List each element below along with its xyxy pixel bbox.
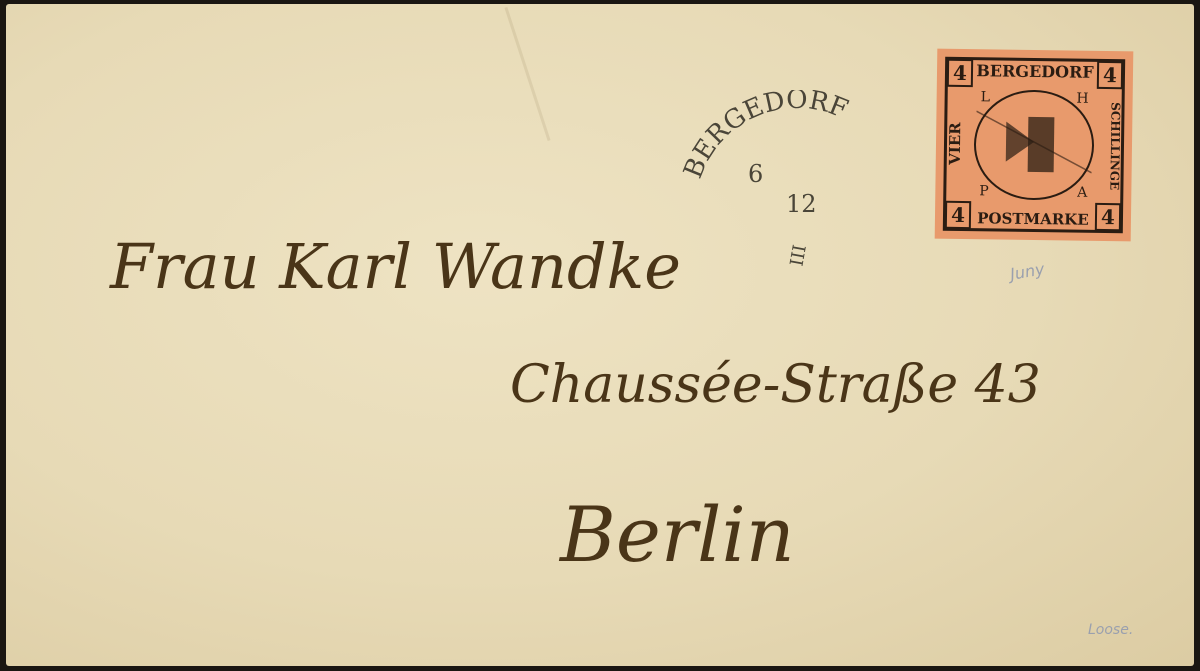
crease	[504, 7, 550, 141]
stamp-corner-value: 4	[1097, 61, 1123, 89]
stamp-letter: P	[979, 183, 989, 199]
pencil-note: Loose.	[1088, 622, 1133, 638]
stamp-letter: A	[1077, 185, 1087, 201]
postmark-town: BERGEDORF	[680, 90, 852, 183]
postmark-month: 12	[786, 190, 817, 218]
bergedorf-stamp: 4 4 4 4 BERGEDORF POSTMARKE VIER SCHILLI…	[935, 49, 1134, 242]
stamp-corner-value: 4	[945, 201, 971, 229]
address-city: Berlin	[560, 490, 795, 579]
stamp-right-label: SCHILLINGE	[1099, 91, 1123, 201]
svg-text:BERGEDORF: BERGEDORF	[680, 90, 852, 183]
stamp-top-label: BERGEDORF	[975, 61, 1095, 82]
postmark-time: III	[786, 243, 810, 268]
stamp-corner-value: 4	[1095, 203, 1121, 231]
postmark: BERGEDORF 6 12 III	[680, 90, 910, 320]
address-recipient: Frau Karl Wandke	[110, 230, 681, 303]
stamp-corner-value: 4	[947, 59, 973, 87]
stamp-left-label: VIER	[945, 89, 969, 199]
postmark-day: 6	[748, 160, 763, 188]
stamp-letter: L	[981, 89, 991, 105]
address-street: Chaussée-Straße 43	[510, 355, 1041, 415]
stamp-letter: H	[1076, 91, 1088, 107]
stamp-bottom-label: POSTMARKE	[973, 209, 1093, 229]
